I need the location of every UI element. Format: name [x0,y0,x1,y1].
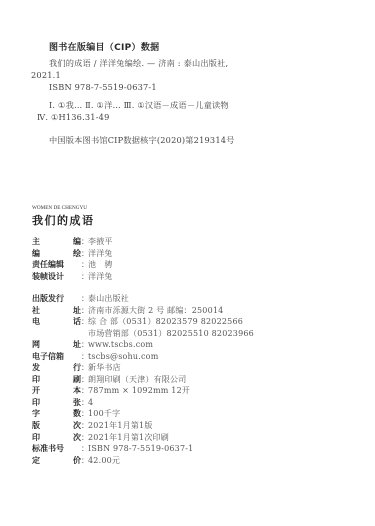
imprint-row-value: 2021年1月第1版 [88,420,153,432]
label-char: 数 [73,408,81,420]
credit-row: 责任编辑：池 骋 [32,259,113,271]
label-char: 张 [73,397,81,409]
imprint-row: 出版发行：泰山出版社 [32,293,254,305]
label-char: 次 [73,420,81,432]
cip-heading: 图书在版编目（CIP）数据 [49,40,159,53]
label-char: 电 [32,316,40,328]
imprint-row-label: 印刷 [32,374,81,386]
label-char: 印 [32,432,40,444]
label-char: 址 [73,339,81,351]
credit-row-value: 洋洋兔 [88,248,113,260]
imprint-row: 网址：www.tscbs.com [32,339,254,351]
credit-row-label: 编绘 [32,248,81,260]
imprint-row-value: 787mm × 1092mm 12开 [88,385,190,397]
imprint-row-label: 定价 [32,455,81,467]
colon: ： [81,293,88,305]
imprint-row-label: 电子信箱 [32,351,81,363]
imprint-row-label: 字数 [32,408,81,420]
imprint-row-label: 出版发行 [32,293,81,305]
imprint-row-label: 电话 [32,316,81,328]
label-char: 编 [32,248,40,260]
label-char: 绘 [73,248,81,260]
imprint-row: 字数：100千字 [32,408,254,420]
colon: ： [81,420,88,432]
colon: ： [81,385,88,397]
credit-row-label: 主编 [32,236,81,248]
label-char: 责任编辑 [32,259,64,271]
label-char: 刷 [73,374,81,386]
credit-row-label: 责任编辑 [32,259,81,271]
imprint-row: 开本：787mm × 1092mm 12开 [32,385,254,397]
label-char: 电子信箱 [32,351,64,363]
label-char: 行 [73,362,81,374]
colon: ： [81,259,88,271]
credit-row: 装帧设计：洋洋兔 [32,271,113,283]
imprint-row-value: 新华书店 [88,362,121,374]
imprint-row-label: 版次 [32,420,81,432]
imprint-row: 电话：综 合 部（0531）82023579 82022566 [32,316,254,328]
label-char: 网 [32,339,40,351]
imprint-row: 市场营销部（0531）82025510 82023966 [32,328,254,340]
book-title: 我们的成语 [32,212,95,228]
colon: ： [81,362,88,374]
imprint-row-label: 印次 [32,432,81,444]
cip-line-title: 我们的成语 / 洋洋兔编绘. — 济南 : 泰山出版社, [49,58,228,69]
imprint-row: 社址：济南市泺源大街 2 号 邮编：250014 [32,305,254,317]
cip-line-class-code: Ⅳ. ①H136.31-49 [37,112,110,122]
imprint-row-value: 泰山出版社 [88,293,129,305]
credit-row: 编绘：洋洋兔 [32,248,113,260]
label-char: 编 [73,236,81,248]
book-title-pinyin: WOMEN DE CHENGYU [32,205,87,211]
imprint-row-value: 4 [88,397,93,409]
credit-row-value: 池 骋 [88,259,113,271]
imprint-row: 标准书号：ISBN 978-7-5519-0637-1 [32,443,254,455]
label-char: 开 [32,385,40,397]
imprint-row-label: 网址 [32,339,81,351]
imprint-row-value: www.tscbs.com [88,339,153,351]
colon: ： [81,316,88,328]
imprint-row: 定价：42.00元 [32,455,254,467]
imprint-row-label: 开本 [32,385,81,397]
label-char: 标准书号 [32,443,64,455]
copyright-page: 图书在版编目（CIP）数据 我们的成语 / 洋洋兔编绘. — 济南 : 泰山出版… [0,0,375,526]
imprint-row-label: 社址 [32,305,81,317]
imprint-row: 发行：新华书店 [32,362,254,374]
label-char: 发 [32,362,40,374]
colon: ： [81,248,88,260]
label-char: 装帧设计 [32,271,64,283]
imprint-row-value: 42.00元 [88,455,120,467]
colon: ： [81,455,88,467]
label-char: 次 [73,432,81,444]
colon: ： [81,351,88,363]
label-char: 印 [32,374,40,386]
label-char: 价 [73,455,81,467]
colon: ： [81,374,88,386]
imprint-row-value: tscbs@sohu.com [88,351,158,363]
colon: ： [81,236,88,248]
label-char: 印 [32,397,40,409]
colon: ： [81,305,88,317]
imprint-row-value: 济南市泺源大街 2 号 邮编：250014 [88,305,223,317]
label-char: 本 [73,385,81,397]
imprint-row-value: ISBN 978-7-5519-0637-1 [88,443,193,455]
label-char: 定 [32,455,40,467]
cip-line-isbn: ISBN 978-7-5519-0637-1 [49,82,157,92]
credit-row-label: 装帧设计 [32,271,81,283]
imprint-row: 印张：4 [32,397,254,409]
imprint-row: 电子信箱：tscbs@sohu.com [32,351,254,363]
label-char: 主 [32,236,40,248]
imprint-row-value: 2021年1月第1次印刷 [88,432,169,444]
colon: ： [81,432,88,444]
imprint-row-label: 发行 [32,362,81,374]
colon: ： [81,408,88,420]
label-char: 址 [73,305,81,317]
credits-list: 主编：李掖平编绘：洋洋兔责任编辑：池 骋装帧设计：洋洋兔 [32,236,113,282]
imprint-row-value: 综 合 部（0531）82023579 82022566 [88,316,243,328]
cip-line-year: 2021.1 [31,70,61,80]
label-char: 社 [32,305,40,317]
imprint-row: 印刷：朗翔印刷（天津）有限公司 [32,374,254,386]
colon: ： [81,339,88,351]
label-char: 版 [32,420,40,432]
colon: ： [81,443,88,455]
label-char: 字 [32,408,40,420]
cip-line-approval-number: 中国版本图书馆CIP数据核字(2020)第219314号 [49,135,235,146]
label-char: 出版发行 [32,293,64,305]
credit-row-value: 洋洋兔 [88,271,113,283]
imprint-list: 出版发行：泰山出版社社址：济南市泺源大街 2 号 邮编：250014电话：综 合… [32,293,254,466]
colon: ： [81,271,88,283]
colon: ： [81,397,88,409]
imprint-row-label: 印张 [32,397,81,409]
imprint-row-value: 朗翔印刷（天津）有限公司 [88,374,186,386]
imprint-row: 印次：2021年1月第1次印刷 [32,432,254,444]
credit-row: 主编：李掖平 [32,236,113,248]
credit-row-value: 李掖平 [88,236,113,248]
imprint-row: 版次：2021年1月第1版 [32,420,254,432]
imprint-row-label: 标准书号 [32,443,81,455]
imprint-row-value: 100千字 [88,408,120,420]
imprint-row-value: 市场营销部（0531）82025510 82023966 [32,328,254,340]
label-char: 话 [73,316,81,328]
cip-line-classification: Ⅰ. ①我… Ⅱ. ①洋… Ⅲ. ①汉语－成语－儿童读物 [49,100,229,111]
